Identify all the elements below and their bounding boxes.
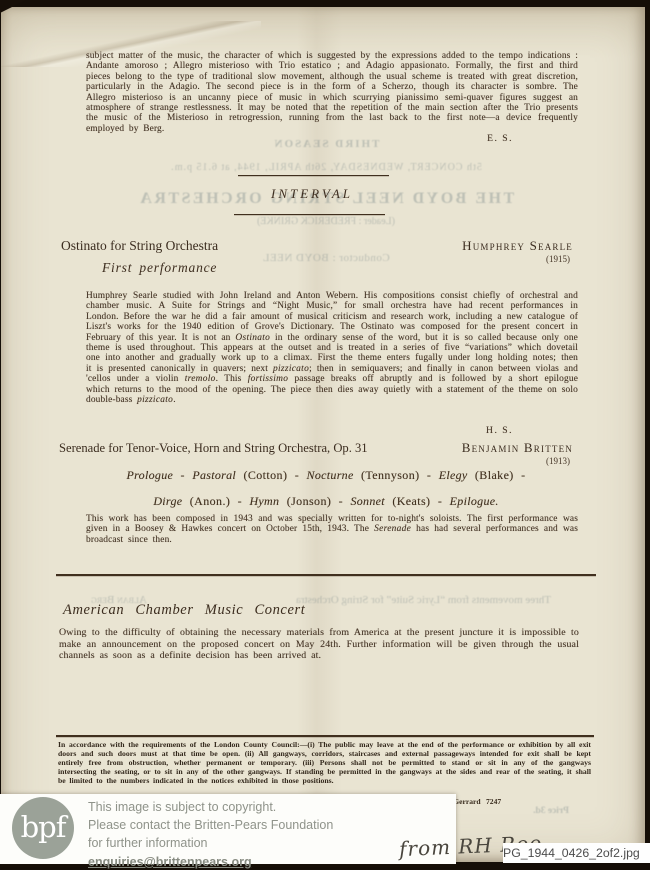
copyright-text-block: This image is subject to copyright. Plea…	[88, 798, 448, 870]
bpf-logo-text: bpf	[21, 810, 66, 844]
programme-page-scan: THIRD SEASON 5th CONCERT, WEDNESDAY, 26t…	[1, 7, 645, 862]
searle-programme-note: Humphrey Searle studied with John Irelan…	[86, 291, 578, 405]
annotator-initials-hs: H. S.	[1, 425, 513, 436]
searle-work-heading: Ostinato for String Orchestra Humphrey S…	[61, 238, 573, 254]
annotator-initials-es: E. S.	[1, 133, 513, 144]
britten-movements-line2: Dirge (Anon.) - Hymn (Jonson) - Sonnet (…	[61, 494, 591, 509]
scan-corner-shadow	[0, 0, 26, 13]
britten-movements-line1: Prologue - Pastoral (Cotton) - Nocturne …	[61, 468, 591, 483]
britten-programme-note: This work has been composed in 1943 and …	[86, 514, 578, 545]
britten-year: (1913)	[546, 456, 570, 466]
searle-work-title: Ostinato for String Orchestra	[61, 238, 218, 254]
bpf-logo-icon: bpf	[12, 797, 74, 859]
ghost-concert-line: 5th CONCERT, WEDNESDAY, 26th APRIL, 1944…	[1, 162, 650, 173]
copyright-line-1: This image is subject to copyright.	[88, 798, 448, 816]
contact-email-link[interactable]: enquiries@brittenpears.org	[88, 853, 252, 870]
regulations-rule	[56, 735, 594, 737]
lcc-regulations: In accordance with the requirements of t…	[58, 741, 591, 786]
searle-year: (1915)	[546, 254, 570, 264]
ghost-leader-line: (Leader : FREDERICK GRINKE)	[1, 216, 650, 227]
britten-work-title: Serenade for Tenor-Voice, Horn and Strin…	[59, 441, 368, 456]
copyright-line-2: Please contact the Britten-Pears Foundat…	[88, 816, 448, 834]
copyright-overlay: bpf This image is subject to copyright. …	[0, 794, 456, 864]
filename-label: PG_1944_0426_2of2.jpg	[503, 843, 650, 863]
searle-first-performance: First performance	[102, 260, 217, 276]
programme-note-berg: subject matter of the music, the charact…	[86, 51, 578, 134]
american-concert-heading: American Chamber Music Concert	[63, 602, 305, 619]
ghost-price: Price 3d.	[491, 806, 611, 816]
interval-rule-top	[238, 175, 389, 176]
britten-work-heading: Serenade for Tenor-Voice, Horn and Strin…	[59, 440, 573, 456]
searle-composer: Humphrey Searle	[462, 238, 573, 254]
interval-rule-bottom	[234, 214, 385, 215]
interval-heading: INTERVAL	[1, 186, 623, 202]
copyright-line-3: for further information	[88, 834, 448, 852]
britten-composer: Benjamin Britten	[462, 440, 573, 456]
section-divider-rule	[56, 574, 596, 576]
american-concert-note: Owing to the difficulty of obtaining the…	[59, 627, 579, 662]
